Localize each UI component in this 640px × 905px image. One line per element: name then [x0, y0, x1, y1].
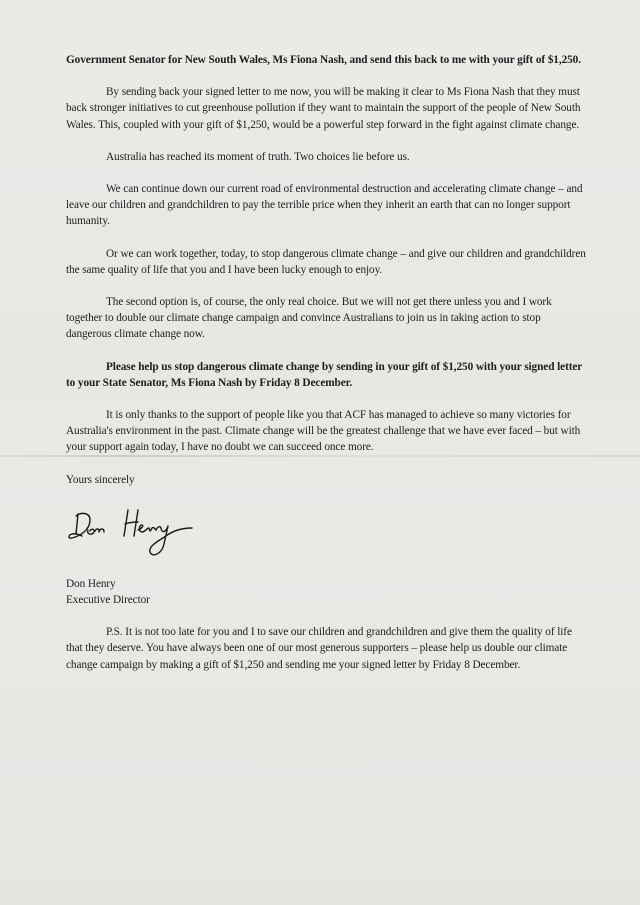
letter-page: Government Senator for New South Wales, …	[0, 0, 640, 905]
letter-opening: Government Senator for New South Wales, …	[66, 52, 586, 68]
signer-block: Don Henry Executive Director	[66, 576, 586, 608]
closing-salutation: Yours sincerely	[66, 472, 586, 488]
paragraph-second-choice: Or we can work together, today, to stop …	[66, 246, 586, 278]
paragraph-call-to-action: Please help us stop dangerous climate ch…	[66, 359, 586, 391]
signature-icon	[66, 504, 206, 564]
paragraph-real-choice: The second option is, of course, the onl…	[66, 294, 586, 343]
paragraph-thanks: It is only thanks to the support of peop…	[66, 407, 586, 456]
paragraph-moment-of-truth: Australia has reached its moment of trut…	[66, 149, 586, 165]
letter-body: Government Senator for New South Wales, …	[66, 52, 586, 689]
paragraph-signed-letter: By sending back your signed letter to me…	[66, 84, 586, 133]
signer-title: Executive Director	[66, 592, 586, 608]
paragraph-first-choice: We can continue down our current road of…	[66, 181, 586, 230]
postscript: P.S. It is not too late for you and I to…	[66, 624, 586, 673]
signer-name: Don Henry	[66, 576, 586, 592]
